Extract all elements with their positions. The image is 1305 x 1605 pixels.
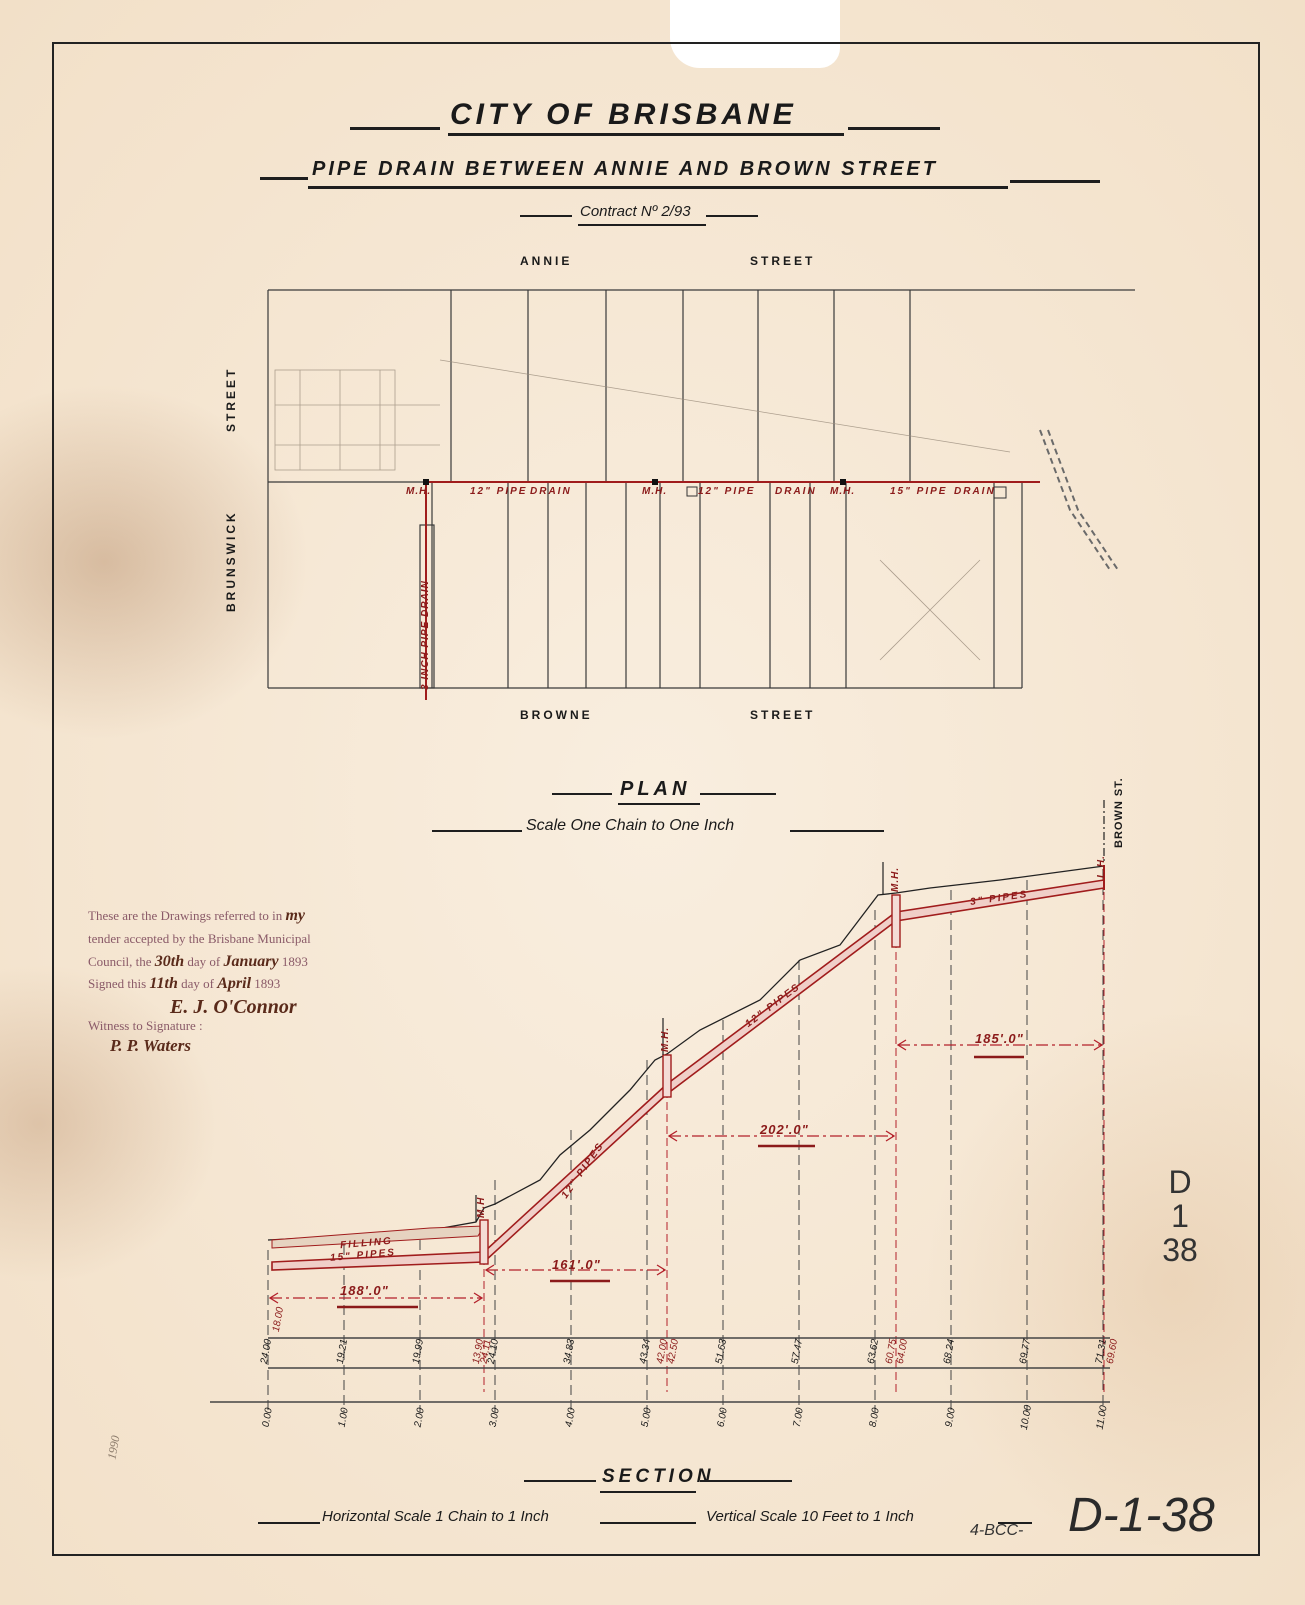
archive-code-part: 38: [1160, 1233, 1200, 1267]
dimension-label: 161'.0": [552, 1257, 601, 1272]
archive-ref-prefix: 4-BCC-: [970, 1522, 1023, 1540]
hscale-rule-left: [258, 1522, 320, 1524]
section-profile-chart: [0, 0, 1305, 1605]
section-caption: SECTION: [602, 1466, 714, 1488]
archive-code-part: D: [1160, 1165, 1200, 1199]
horizontal-scale: Horizontal Scale 1 Chain to 1 Inch: [322, 1508, 549, 1525]
hscale-rule-right: [600, 1522, 696, 1524]
section-rule-left: [524, 1480, 596, 1482]
section-underline: [600, 1491, 696, 1493]
brown-st-label: BROWN ST.: [1113, 777, 1125, 848]
manhole-label: M.H.: [890, 867, 901, 892]
archive-ref-code: D-1-38: [1068, 1488, 1215, 1543]
archive-code-part: 1: [1160, 1199, 1200, 1233]
dimension-label: 188'.0": [340, 1283, 389, 1298]
lamphole-label: L.H.: [1096, 855, 1107, 878]
manhole-label: M.H: [476, 1197, 487, 1218]
dimension-label: 185'.0": [975, 1031, 1024, 1046]
archive-side-code: D 1 38: [1160, 1165, 1200, 1267]
section-rule-right: [700, 1480, 792, 1482]
vertical-scale: Vertical Scale 10 Feet to 1 Inch: [706, 1508, 914, 1525]
dimension-label: 202'.0": [760, 1122, 809, 1137]
manhole-label: M.H.: [660, 1027, 671, 1052]
